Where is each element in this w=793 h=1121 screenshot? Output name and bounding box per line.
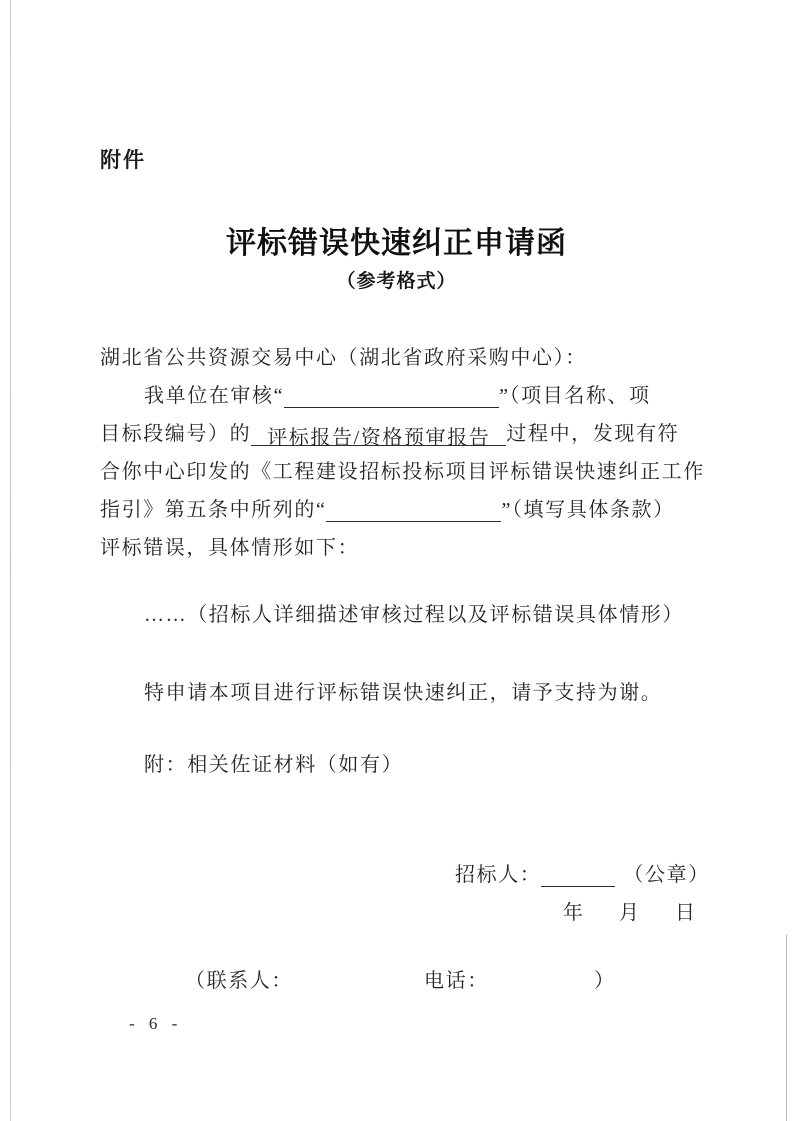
page-number: - 6 - [129, 1014, 182, 1034]
line3-suffix: 过程中，发现有符 [506, 423, 679, 445]
body-line-guideline: 合你中心印发的《工程建设招标投标项目评标错误快速纠正工作 [100, 455, 740, 481]
year-label: 年 [563, 896, 583, 925]
body-line-clause: 指引》第五条中所列的“”（填写具体条款） [100, 493, 740, 519]
scan-edge-line-right [786, 935, 787, 1121]
detail-note-line: ……（招标人详细描述审核过程以及评标错误具体情形） [100, 598, 740, 624]
request-text: 特申请本项目进行评标错误快速纠正，请予支持为谢。 [144, 682, 662, 704]
salutation-text: 湖北省公共资源交易中心（湖北省政府采购中心）： [100, 347, 587, 369]
seal-label: （公章） [623, 864, 709, 886]
line5-prefix: 指引》第五条中所列的“ [100, 499, 326, 521]
line2-suffix: ”（项目名称、项 [499, 385, 651, 407]
body-line-project: 我单位在审核“”（项目名称、项 [100, 379, 740, 405]
line5-suffix: ”（填写具体条款） [501, 499, 674, 521]
scan-edge-line-left [10, 0, 11, 1121]
document-subtitle: （参考格式） [0, 266, 793, 293]
month-label: 月 [619, 896, 639, 925]
signature-line: 招标人：（公章） [455, 858, 710, 884]
contact-line: （联系人： 电话： ） [0, 964, 793, 990]
contact-close-paren: ） [594, 964, 616, 993]
line2-prefix: 我单位在审核“ [144, 385, 284, 407]
document-title: 评标错误快速纠正申请函 [0, 218, 793, 262]
day-label: 日 [675, 896, 695, 925]
date-line: 年 月 日 [563, 896, 695, 925]
attachment-note-line: 附：相关佐证材料（如有） [100, 748, 740, 774]
blank-bidder-name [541, 864, 615, 887]
request-line: 特申请本项目进行评标错误快速纠正，请予支持为谢。 [100, 676, 740, 702]
phone-label: 电话： [424, 964, 489, 993]
line4-text: 合你中心印发的《工程建设招标投标项目评标错误快速纠正工作 [100, 461, 705, 483]
attachment-note-text: 附：相关佐证材料（如有） [144, 754, 403, 776]
line3-prefix: 目标段编号）的 [100, 423, 251, 445]
body-line-report: 目标段编号）的评标报告/资格预审报告过程中，发现有符 [100, 417, 740, 443]
blank-project-name [284, 385, 499, 408]
detail-note-text: ……（招标人详细描述审核过程以及评标错误具体情形） [144, 604, 684, 626]
contact-person-label: （联系人： [185, 964, 293, 993]
body-line-situation: 评标错误，具体情形如下： [100, 531, 740, 557]
document-page: 附件 评标错误快速纠正申请函 （参考格式） 湖北省公共资源交易中心（湖北省政府采… [0, 0, 793, 1121]
salutation-line: 湖北省公共资源交易中心（湖北省政府采购中心）： [100, 341, 740, 367]
attachment-label: 附件 [100, 144, 146, 174]
blank-clause [326, 499, 501, 522]
filled-report-type: 评标报告/资格预审报告 [251, 421, 506, 446]
bidder-label: 招标人： [455, 864, 541, 886]
line6-text: 评标错误，具体情形如下： [100, 537, 359, 559]
